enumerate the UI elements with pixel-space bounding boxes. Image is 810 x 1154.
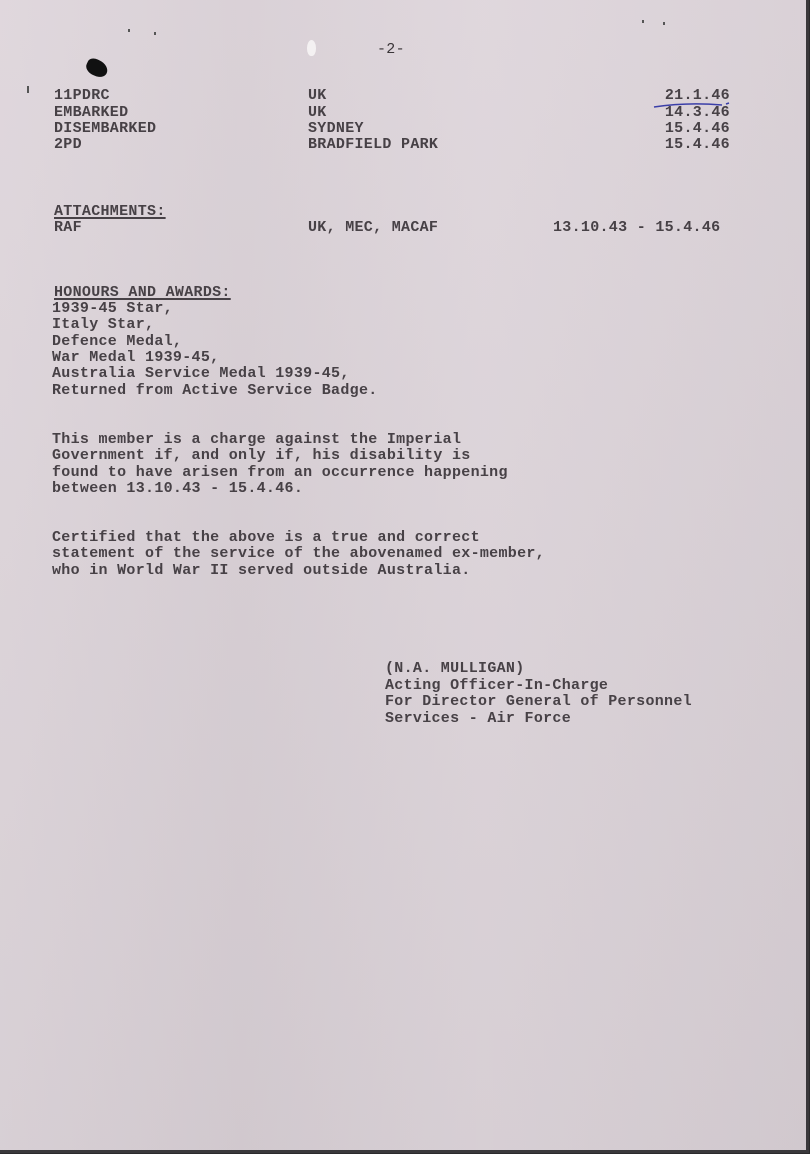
movement-location: UK: [308, 88, 327, 105]
movement-location: BRADFIELD PARK: [308, 137, 438, 154]
movement-unit: 11PDRC: [54, 88, 110, 105]
attachment-locations: UK, MEC, MACAF: [308, 220, 438, 237]
honour-item: Italy Star,: [52, 317, 154, 334]
speck: [154, 32, 156, 35]
ink-blot: [84, 56, 111, 80]
speck: [642, 20, 644, 23]
attachment-unit: RAF: [54, 220, 82, 237]
signatory-line: Services - Air Force: [385, 711, 571, 728]
attachment-period: 13.10.43 - 15.4.46: [553, 220, 720, 237]
honour-item: Australia Service Medal 1939-45,: [52, 366, 350, 383]
certification-line: statement of the service of the abovenam…: [52, 546, 545, 563]
speck: [663, 22, 665, 25]
document-page: -2- 11PDRC UK 21.1.46 EMBARKED UK 14.3.4…: [0, 0, 809, 1153]
signatory-line: For Director General of Personnel: [385, 694, 692, 711]
movement-date: 15.4.46: [600, 137, 730, 154]
certification-line: who in World War II served outside Austr…: [52, 563, 471, 580]
speck: [27, 86, 29, 93]
signatory-name: (N.A. MULLIGAN): [385, 661, 525, 678]
page-number: -2-: [377, 42, 405, 59]
punch-hole: [307, 40, 316, 56]
paragraph-line: Government if, and only if, his disabili…: [52, 448, 471, 465]
honour-item: Returned from Active Service Badge.: [52, 383, 378, 400]
movement-unit: 2PD: [54, 137, 82, 154]
speck: [128, 29, 130, 32]
pen-annotation-mark: [652, 102, 732, 110]
paragraph-line: between 13.10.43 - 15.4.46.: [52, 481, 303, 498]
